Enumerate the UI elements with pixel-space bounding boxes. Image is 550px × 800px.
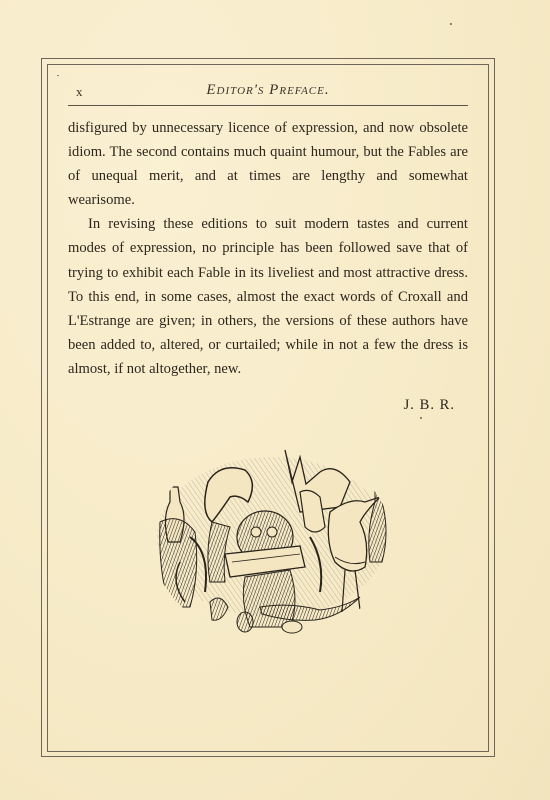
signature: J. B. R. xyxy=(360,397,455,414)
header-rule xyxy=(68,105,468,106)
engraving-vignette-icon xyxy=(150,442,394,642)
running-head: x Editor's Preface. xyxy=(68,82,468,102)
speck xyxy=(450,23,452,25)
speck xyxy=(57,75,59,76)
speck xyxy=(420,417,422,419)
paragraph: In revising these editions to suit moder… xyxy=(68,212,468,381)
body-text: disfigured by unnecessary licence of exp… xyxy=(68,116,468,381)
paragraph: disfigured by unnecessary licence of exp… xyxy=(68,116,468,212)
page-title: Editor's Preface. xyxy=(68,82,468,99)
